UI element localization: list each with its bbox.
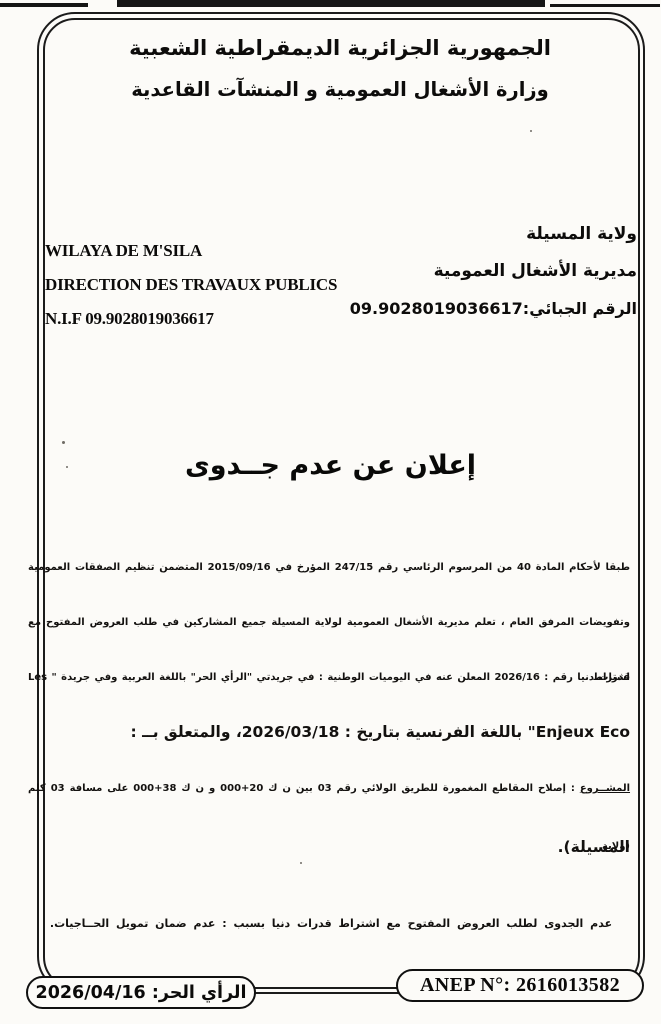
- letterhead: الجمهورية الجزائرية الديمقراطية الشعبية …: [128, 28, 552, 110]
- project-line: المسيلة).: [28, 818, 630, 876]
- wilaya-name-ar: ولاية المسيلة: [347, 216, 637, 253]
- scanned-document-page: الجمهورية الجزائرية الديمقراطية الشعبية …: [0, 0, 661, 1024]
- direction-name-fr: DIRECTION DES TRAVAUX PUBLICS: [45, 268, 365, 302]
- nif-number: N.I.F 09.9028019036617: [45, 302, 365, 336]
- newspaper-date-text: الرأي الحر: 2026/04/16: [36, 983, 247, 1003]
- body-line: قدرات دنيا رقم : 2026/16 المعلن عنه في ا…: [28, 650, 630, 705]
- anep-number-text: ANEP N°: 2616013582: [420, 974, 620, 997]
- newspaper-date-stamp: الرأي الحر: 2026/04/16: [26, 976, 256, 1009]
- project-label: المشــروع: [580, 783, 630, 794]
- project-line: المشــروع : إصلاح المقاطع المغمورة للطري…: [28, 760, 630, 818]
- scan-artifact-top-right: [550, 4, 660, 7]
- direction-name-ar: مديرية الأشغال العمومية: [347, 253, 637, 290]
- scan-noise-dot: [62, 441, 65, 444]
- body-line: طبقا لأحكام المادة 40 من المرسوم الرئاسي…: [28, 540, 630, 595]
- wilaya-name-fr: WILAYA DE M'SILA: [45, 234, 365, 268]
- scan-artifact-top: [117, 0, 545, 7]
- body-line: Enjeux Eco" باللغة الفرنسية بتاريخ : 202…: [28, 705, 630, 760]
- scan-artifact-top-left: [0, 3, 88, 7]
- announcement-title: إعلان عن عدم جــدوى: [0, 450, 661, 481]
- ministry-title: وزارة الأشغال العمومية و المنشآت القاعدي…: [128, 69, 552, 110]
- tax-id-number: الرقم الجبائي:09.9028019036617: [347, 290, 637, 327]
- republic-title: الجمهورية الجزائرية الديمقراطية الشعبية: [128, 28, 552, 69]
- scan-noise-dot: [530, 130, 532, 132]
- issuer-block-arabic: ولاية المسيلة مديرية الأشغال العمومية ال…: [347, 216, 637, 327]
- anep-number-stamp: ANEP N°: 2616013582: [396, 969, 644, 1002]
- closing-statement: عدم الجدوى لطلب العروض المفتوح مع اشتراط…: [40, 898, 622, 950]
- project-description: المشــروع : إصلاح المقاطع المغمورة للطري…: [28, 760, 630, 876]
- issuer-block-french: WILAYA DE M'SILA DIRECTION DES TRAVAUX P…: [45, 234, 365, 336]
- body-line: وتفويضات المرفق العام ، تعلم مديرية الأش…: [28, 595, 630, 650]
- announcement-body: طبقا لأحكام المادة 40 من المرسوم الرئاسي…: [28, 540, 630, 760]
